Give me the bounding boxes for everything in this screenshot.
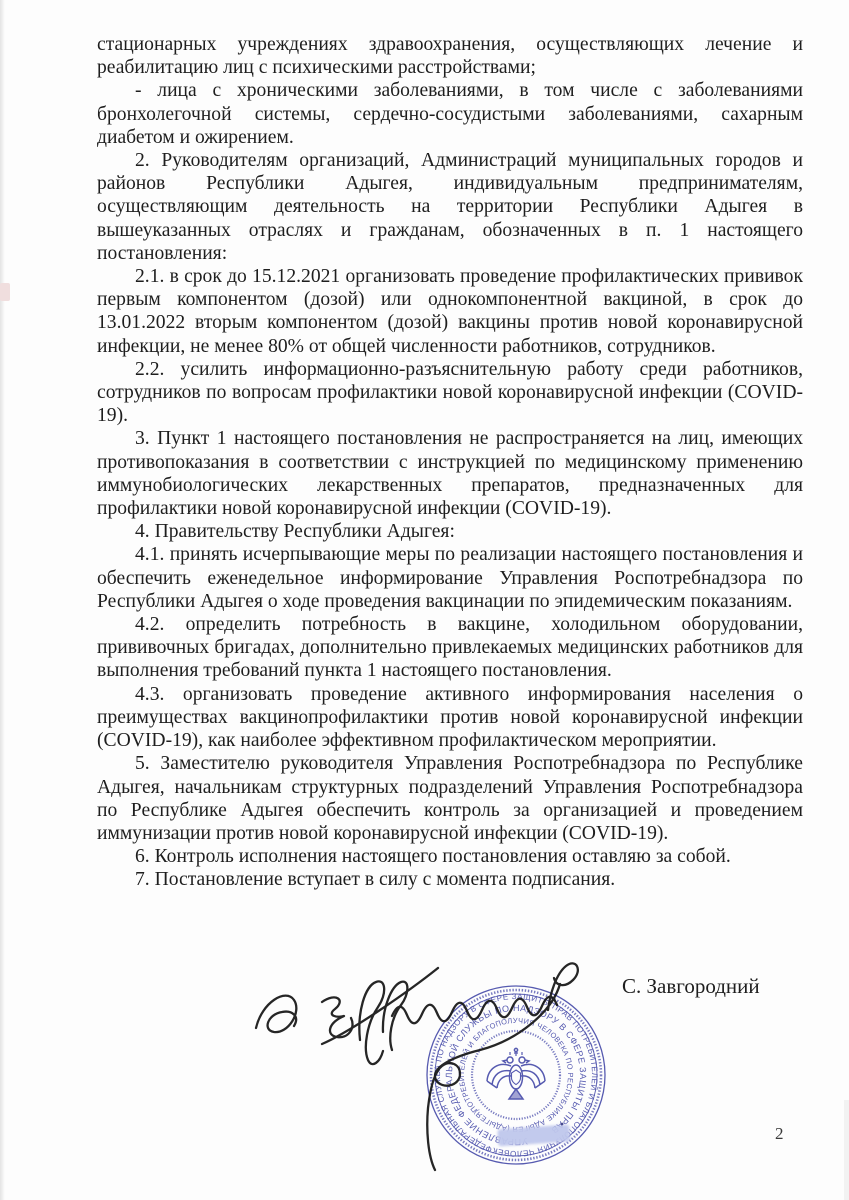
paragraph-item-7: 7. Постановление вступает в силу с момен… [97, 868, 803, 891]
paragraph-item-6: 6. Контроль исполнения настоящего постан… [97, 845, 803, 868]
paragraph-item-4: 4. Правительству Республики Адыгея: [97, 520, 803, 543]
signature-initial-loop [256, 996, 296, 1032]
signature-zigzag [392, 997, 557, 1024]
page-number: 2 [775, 1124, 784, 1144]
paragraph-item-4-3: 4.3. организовать проведение активного и… [97, 683, 803, 753]
signature-middle-loops [322, 981, 407, 1064]
paragraph-item-2: 2. Руководителям организаций, Администра… [97, 149, 803, 265]
signer-name: С. Завгородний [622, 974, 760, 999]
paragraph-item-5: 5. Заместителю руководителя Управления Р… [97, 752, 803, 845]
scan-edge-artifact [0, 0, 5, 1200]
paragraph-item-2-1: 2.1. в срок до 15.12.2021 организовать п… [97, 265, 803, 358]
paragraph-continuation: стационарных учреждениях здравоохранения… [97, 33, 803, 79]
paragraph-item-2-2: 2.2. усилить информационно-разъяснительн… [97, 358, 803, 428]
document-body: стационарных учреждениях здравоохранения… [97, 33, 803, 892]
paragraph-list-item: - лица с хроническими заболеваниями, в т… [97, 79, 803, 149]
paragraph-item-4-2: 4.2. определить потребность в вакцине, х… [97, 613, 803, 683]
signature-final-loop-and-tail [427, 963, 578, 1170]
scan-edge-artifact [844, 1100, 849, 1200]
paragraph-item-4-1: 4.1. принять исчерпывающие меры по реали… [97, 543, 803, 613]
paragraph-item-3: 3. Пункт 1 настоящего постановления не р… [97, 427, 803, 520]
scan-smudge-artifact [0, 283, 10, 301]
handwritten-signature [230, 940, 590, 1200]
